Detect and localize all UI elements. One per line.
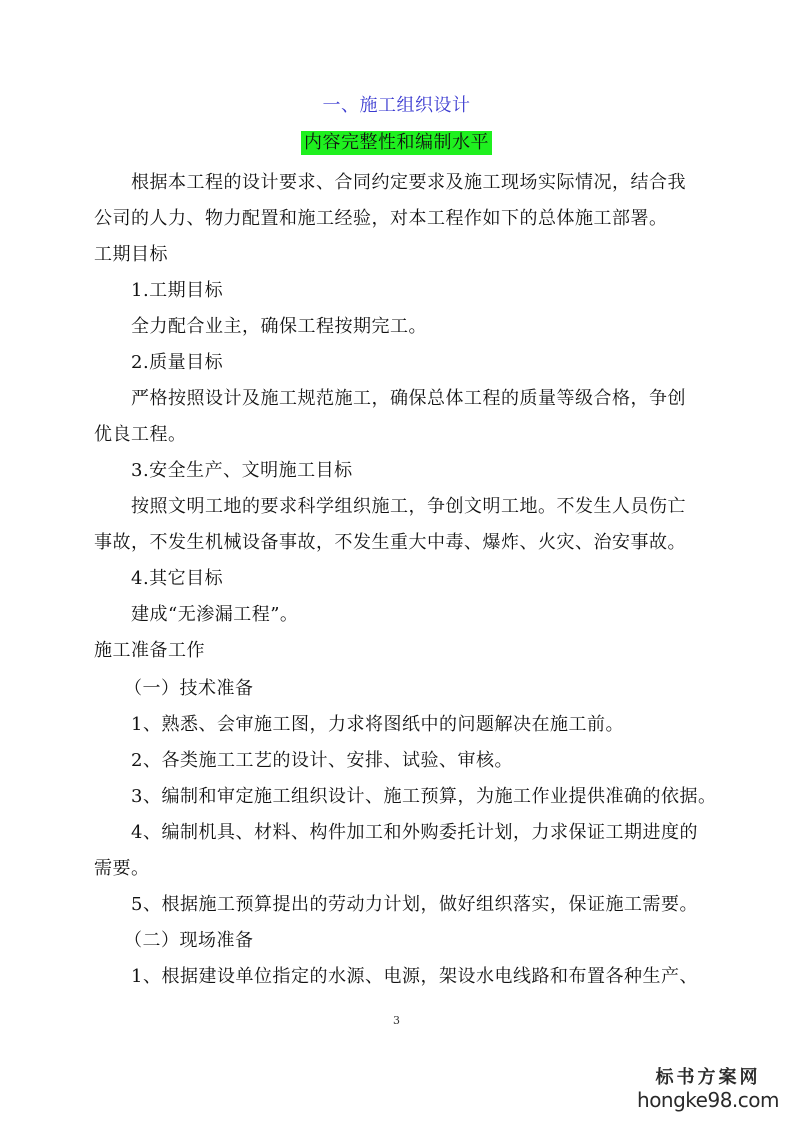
text-line: 4.其它目标 — [131, 567, 223, 591]
text-line: 2.质量目标 — [131, 351, 223, 375]
text-line: （二）现场准备 — [124, 929, 254, 953]
text-line: 事故，不发生机械设备事故，不发生重大中毒、爆炸、火灾、治安事故。 — [94, 531, 686, 555]
text-line: 需要。 — [94, 857, 150, 881]
text-line: 工期目标 — [94, 243, 168, 267]
text-line: 4、编制机具、材料、构件加工和外购委托计划，力求保证工期进度的 — [131, 821, 698, 845]
watermark: 标书方案网 hongke98.com — [637, 1067, 779, 1111]
highlighted-subtitle: 内容完整性和编制水平 — [301, 131, 492, 155]
text-line: 1、根据建设单位指定的水源、电源，架设水电线路和布置各种生产、 — [131, 965, 698, 989]
text-line: 全力配合业主，确保工程按期完工。 — [131, 315, 427, 339]
text-line: 1.工期目标 — [131, 279, 223, 303]
text-line: 建成“无渗漏工程”。 — [131, 603, 298, 627]
text-line: 严格按照设计及施工规范施工，确保总体工程的质量等级合格，争创 — [131, 387, 686, 411]
text-line: 公司的人力、物力配置和施工经验，对本工程作如下的总体施工部署。 — [94, 207, 668, 231]
watermark-url: hongke98.com — [637, 1089, 779, 1111]
text-line: 2、各类施工工艺的设计、安排、试验、审核。 — [131, 749, 513, 773]
text-line: 1、熟悉、会审施工图，力求将图纸中的问题解决在施工前。 — [131, 713, 624, 737]
text-line: 优良工程。 — [94, 423, 187, 447]
page-number: 3 — [0, 1014, 793, 1027]
text-line: 5、根据施工预算提出的劳动力计划，做好组织落实，保证施工需要。 — [131, 893, 698, 917]
text-line: 3、编制和审定施工组织设计、施工预算，为施工作业提供准确的依据。 — [131, 785, 716, 809]
text-line: 施工准备工作 — [94, 639, 205, 663]
subtitle-wrap: 内容完整性和编制水平 — [0, 131, 793, 155]
watermark-cn: 标书方案网 — [637, 1067, 779, 1089]
section-title: 一、施工组织设计 — [0, 94, 793, 118]
text-line: 按照文明工地的要求科学组织施工，争创文明工地。不发生人员伤亡 — [131, 495, 686, 519]
text-line: 根据本工程的设计要求、合同约定要求及施工现场实际情况，结合我 — [131, 171, 686, 195]
text-line: 3.安全生产、文明施工目标 — [131, 459, 353, 483]
text-line: （一）技术准备 — [124, 677, 254, 701]
